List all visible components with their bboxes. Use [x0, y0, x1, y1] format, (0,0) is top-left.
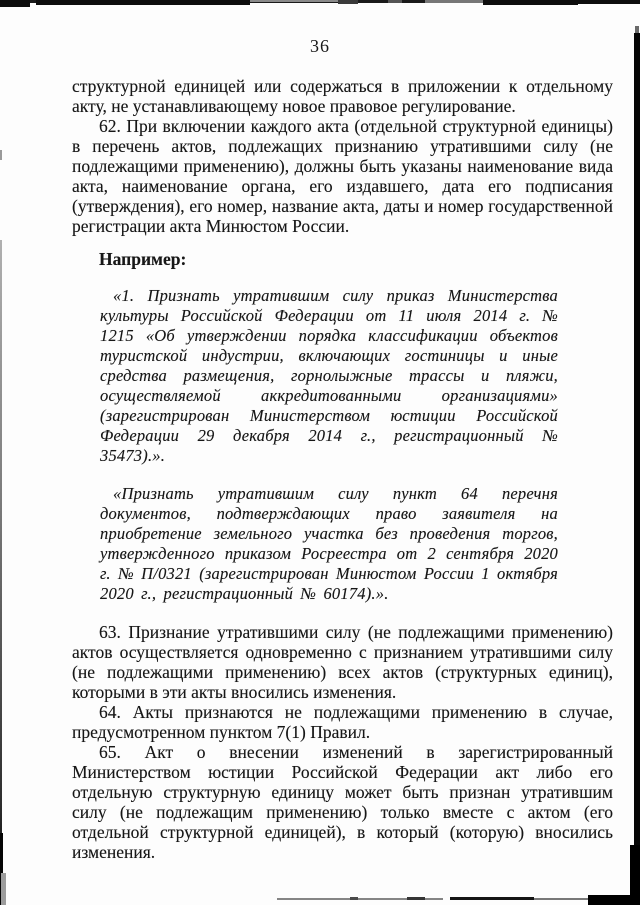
page-number: 36	[0, 36, 640, 57]
scan-edge-top-segment	[388, 0, 402, 3]
scan-edge-bottom	[450, 897, 534, 900]
example-1: «1. Признать утратившим силу приказ Мини…	[100, 286, 558, 466]
scan-edge-top-segment	[483, 0, 578, 5]
document-page: 36 структурной единицей или содержаться …	[0, 0, 640, 905]
scan-edge-top-segment	[36, 0, 250, 5]
scan-edge-top-segment	[578, 0, 640, 4]
item-65: 65. Акт о внесении изменений в зарегистр…	[72, 742, 613, 862]
scan-edge-top-segment	[425, 0, 483, 3]
scan-edge-top-segment	[338, 0, 358, 4]
scan-edge-left	[1, 873, 6, 905]
scan-edge-bottom	[350, 897, 358, 900]
scan-edge-bottom	[588, 895, 640, 905]
example-label: Например:	[72, 249, 613, 269]
continuation-paragraph: структурной единицей или содержаться в п…	[72, 76, 613, 116]
scan-edge-top-segment	[0, 0, 30, 7]
scan-edge-left	[0, 240, 2, 905]
scan-edge-bottom	[407, 897, 425, 900]
document-body: структурной единицей или содержаться в п…	[72, 76, 613, 862]
scan-edge-right	[634, 33, 640, 905]
scan-edge-bottom	[534, 898, 590, 900]
item-64: 64. Акты признаются не подлежащими приме…	[72, 702, 613, 742]
scan-edge-top-segment	[250, 0, 338, 2]
item-63: 63. Признание утратившими силу (не подле…	[72, 622, 613, 702]
scan-edge-left	[0, 150, 2, 160]
example-2: «Признать утратившим силу пункт 64 переч…	[100, 484, 558, 604]
item-62: 62. При включении каждого акта (отдельно…	[72, 116, 613, 236]
